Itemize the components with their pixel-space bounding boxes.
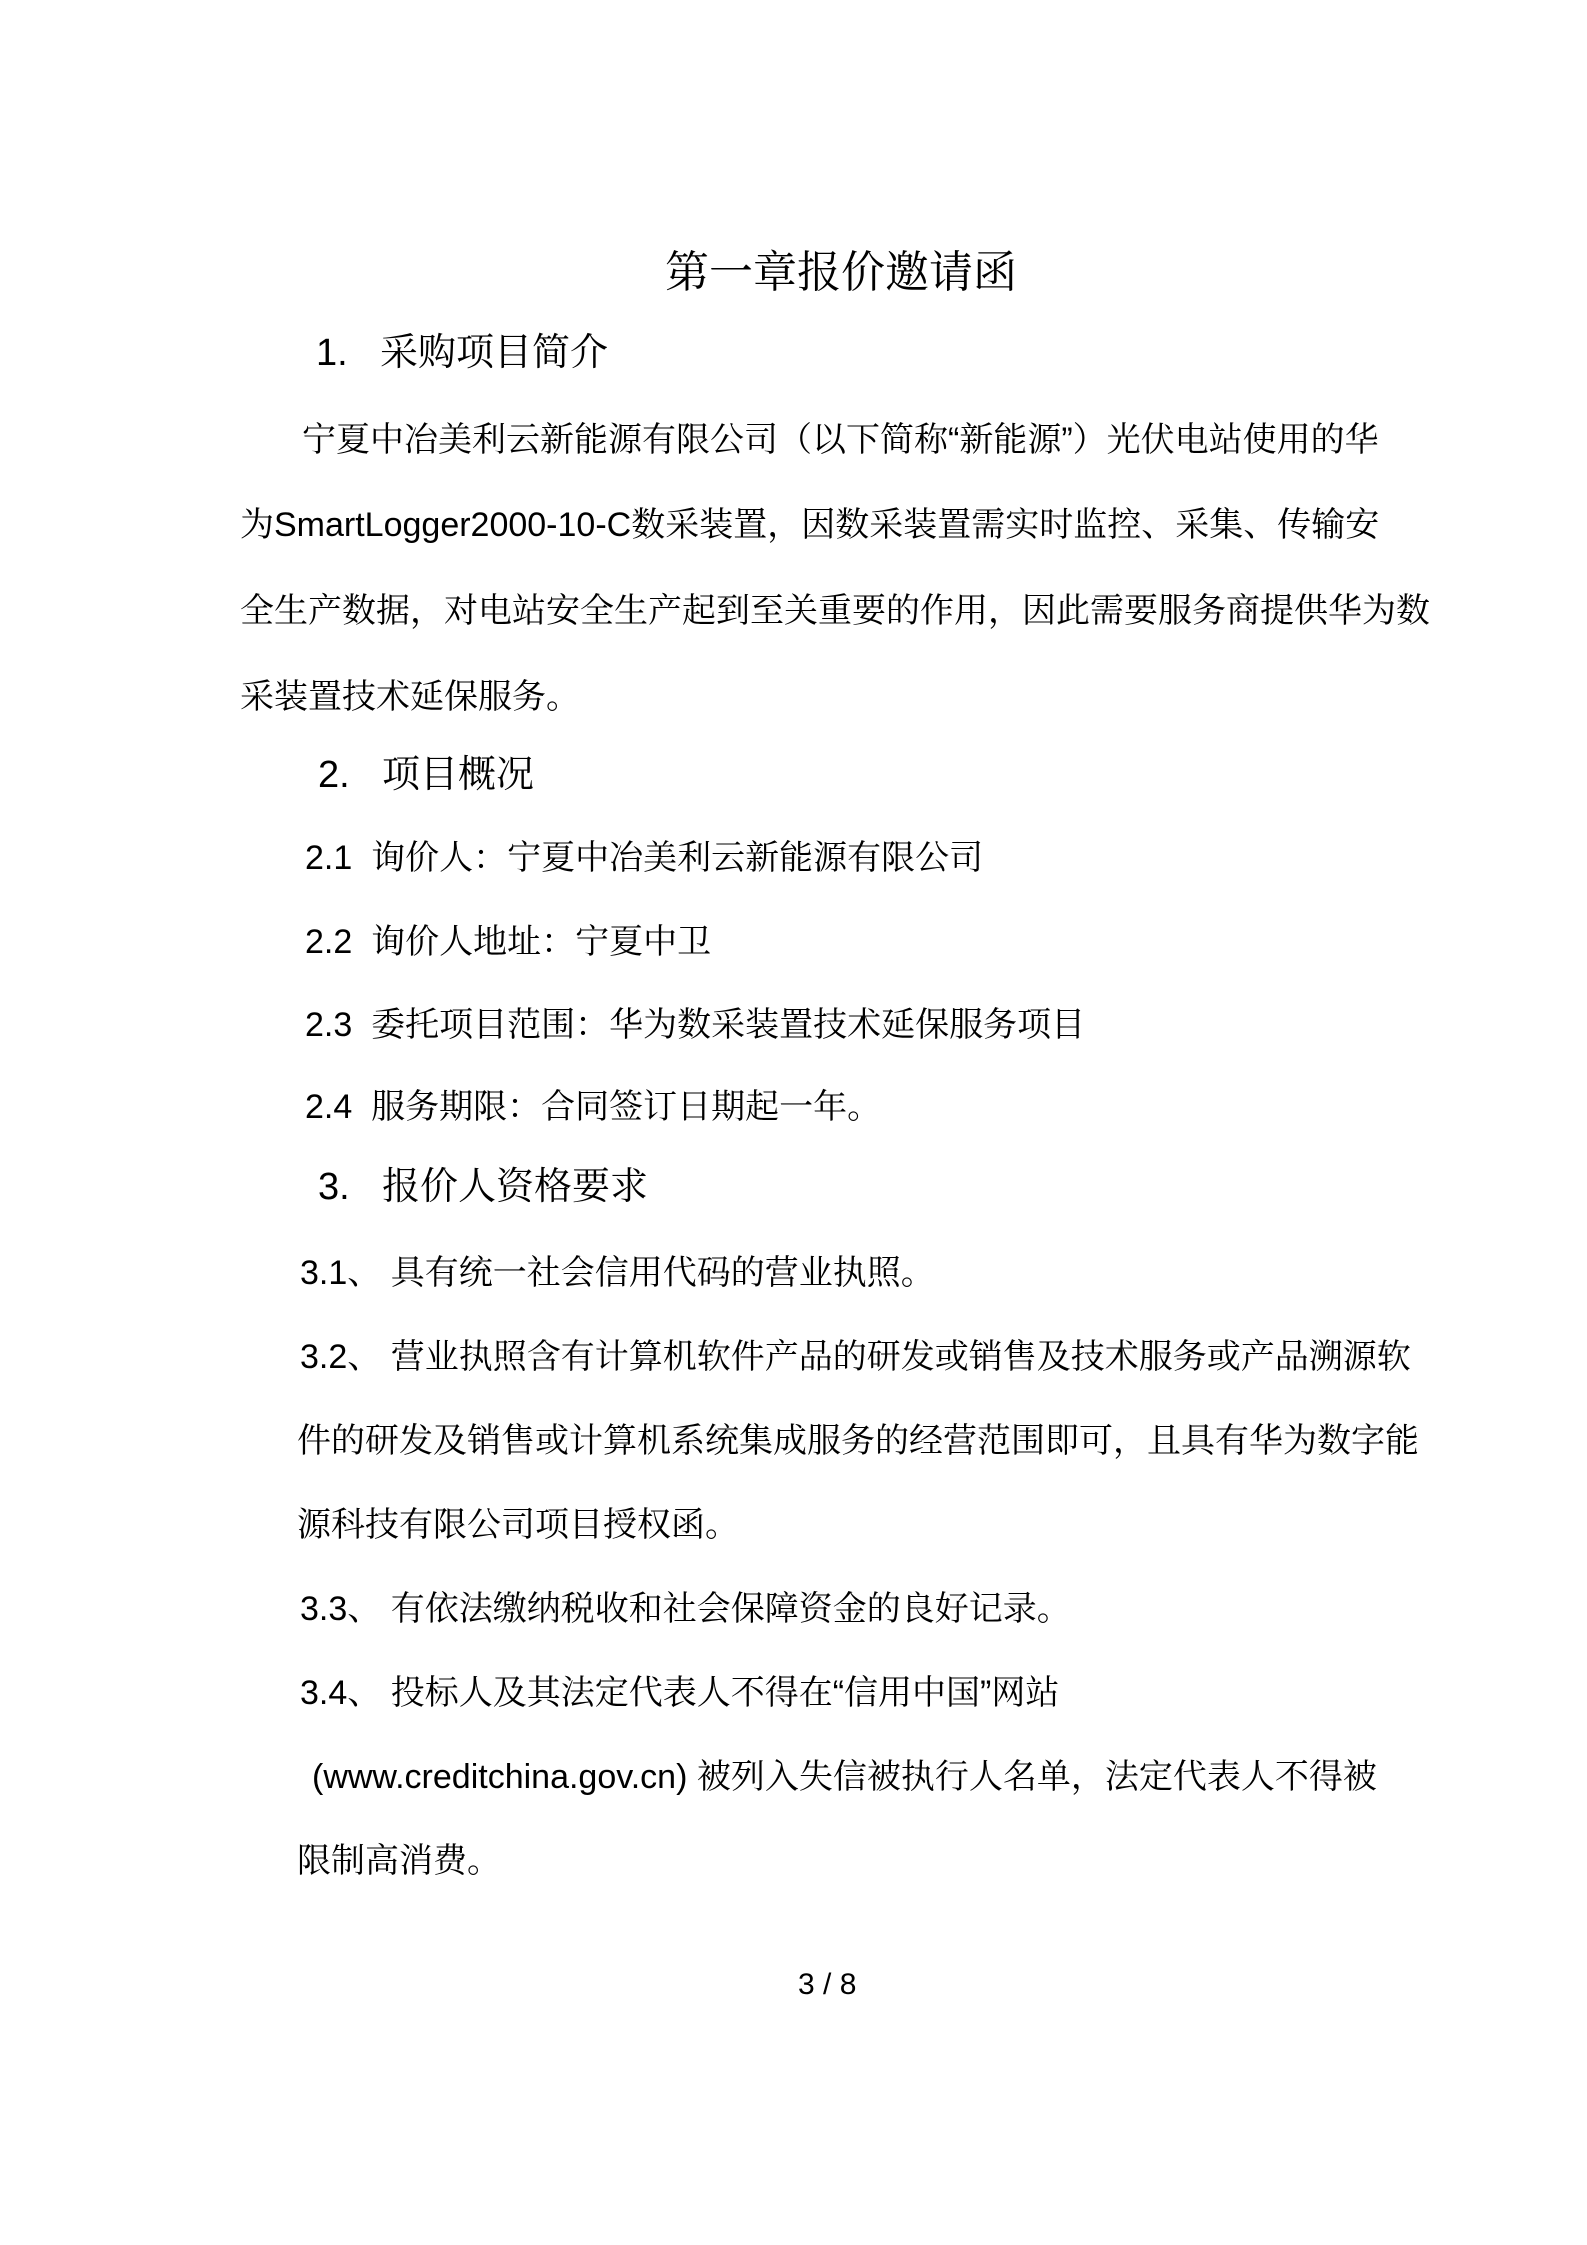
heading-3-label: 报价人资格要求: [382, 1166, 648, 1210]
list-item: 2.1 询价人：宁夏中冶美利云新能源有限公司: [305, 839, 983, 878]
heading-2-number: 2.: [318, 754, 382, 798]
list-item-continuation: 件的研发及销售或计算机系统集成服务的经营范围即可，且具有华为数字能: [297, 1422, 1419, 1461]
list-item-continuation: 限制高消费。: [297, 1842, 501, 1881]
document-page: 第一章报价邀请函 1. 采购项目简介 宁夏中冶美利云新能源有限公司（以下简称“新…: [0, 0, 1587, 2245]
heading-3-number: 3.: [318, 1166, 382, 1210]
list-item-continuation: (www.creditchina.gov.cn) 被列入失信被执行人名单，法定代…: [312, 1758, 1377, 1797]
paragraph-line: 为SmartLogger2000-10-C数采装置，因数采装置需实时监控、采集、…: [240, 506, 1379, 545]
heading-1: 1. 采购项目简介: [316, 332, 608, 376]
chapter-title: 第一章报价邀请函: [665, 248, 1017, 299]
heading-1-number: 1.: [316, 332, 380, 376]
paragraph-line: 全生产数据，对电站安全生产起到至关重要的作用，因此需要服务商提供华为数: [240, 592, 1430, 631]
paragraph-line: 采装置技术延保服务。: [240, 678, 580, 717]
paragraph-line: 宁夏中冶美利云新能源有限公司（以下简称“新能源”）光伏电站使用的华: [302, 421, 1379, 460]
list-item: 2.2 询价人地址：宁夏中卫: [305, 923, 711, 962]
page-number: 3 / 8: [798, 1968, 856, 2003]
heading-2: 2. 项目概况: [318, 754, 534, 798]
heading-3: 3. 报价人资格要求: [318, 1166, 648, 1210]
list-item: 2.3 委托项目范围：华为数采装置技术延保服务项目: [305, 1006, 1085, 1045]
list-item: 3.2、 营业执照含有计算机软件产品的研发或销售及技术服务或产品溯源软: [300, 1338, 1411, 1377]
list-item: 2.4 服务期限：合同签订日期起一年。: [305, 1088, 881, 1127]
heading-2-label: 项目概况: [382, 754, 534, 798]
list-item: 3.3、 有依法缴纳税收和社会保障资金的良好记录。: [300, 1590, 1071, 1629]
list-item: 3.4、 投标人及其法定代表人不得在“信用中国”网站: [300, 1674, 1059, 1713]
heading-1-label: 采购项目简介: [380, 332, 608, 376]
list-item-continuation: 源科技有限公司项目授权函。: [297, 1506, 739, 1545]
list-item: 3.1、 具有统一社会信用代码的营业执照。: [300, 1254, 935, 1293]
